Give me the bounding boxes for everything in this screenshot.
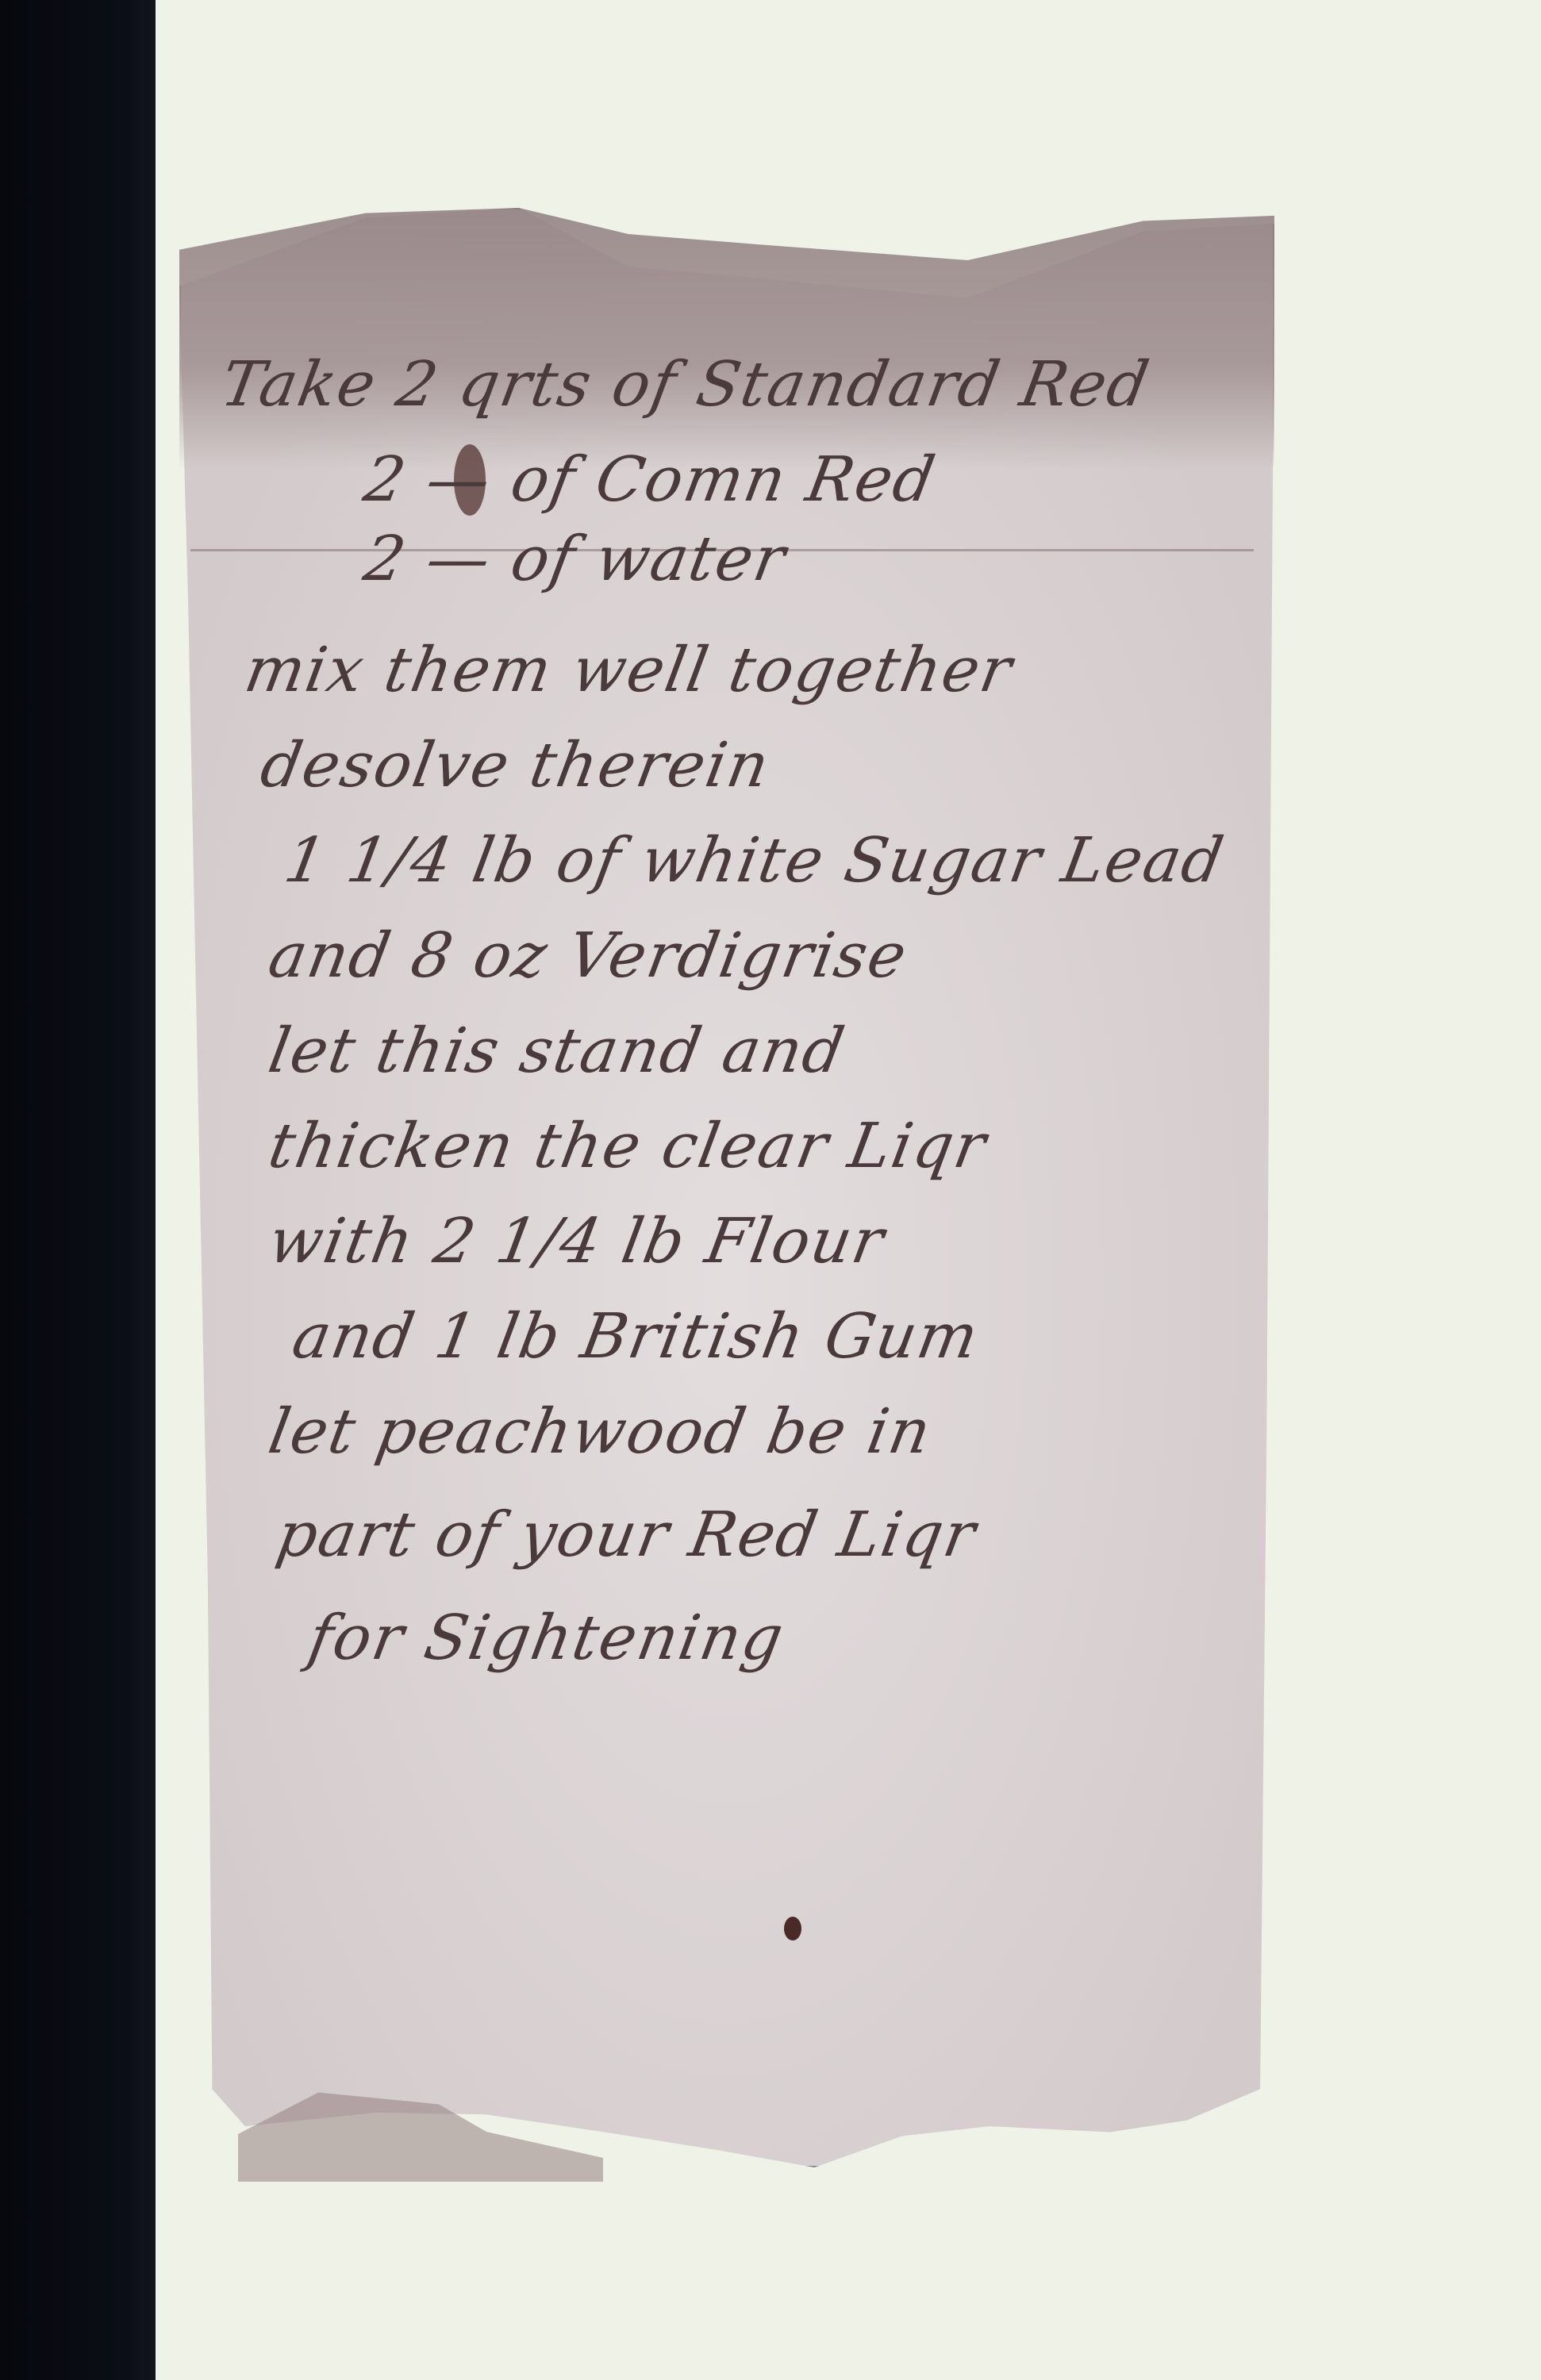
text-line-14: for Sightening	[303, 1603, 790, 1674]
text-line-5: desolve therein	[256, 730, 775, 801]
text-line-9: thicken the clear Liqr	[263, 1111, 992, 1182]
text-line-4: mix them well together	[240, 635, 1018, 706]
text-line-6: 1 1/4 lb of white Sugar Lead	[279, 825, 1230, 896]
text-line-13: part of your Red Liqr	[271, 1499, 982, 1571]
text-line-3: 2 — of water	[359, 524, 792, 595]
top-fold-stain	[179, 208, 1274, 470]
text-line-8: let this stand and	[263, 1015, 851, 1087]
text-line-12: let peachwood be in	[263, 1396, 937, 1468]
text-line-1: Take 2 qrts of Standard Red	[216, 349, 1155, 420]
text-line-7: and 8 oz Verdigrise	[263, 920, 913, 992]
text-line-2: 2 — of Comn Red	[359, 444, 941, 516]
dark-left-border	[0, 0, 156, 2380]
ink-spot	[784, 1917, 801, 1940]
text-line-11: and 1 lb British Gum	[287, 1301, 985, 1372]
text-line-10: with 2 1/4 lb Flour	[263, 1206, 890, 1277]
